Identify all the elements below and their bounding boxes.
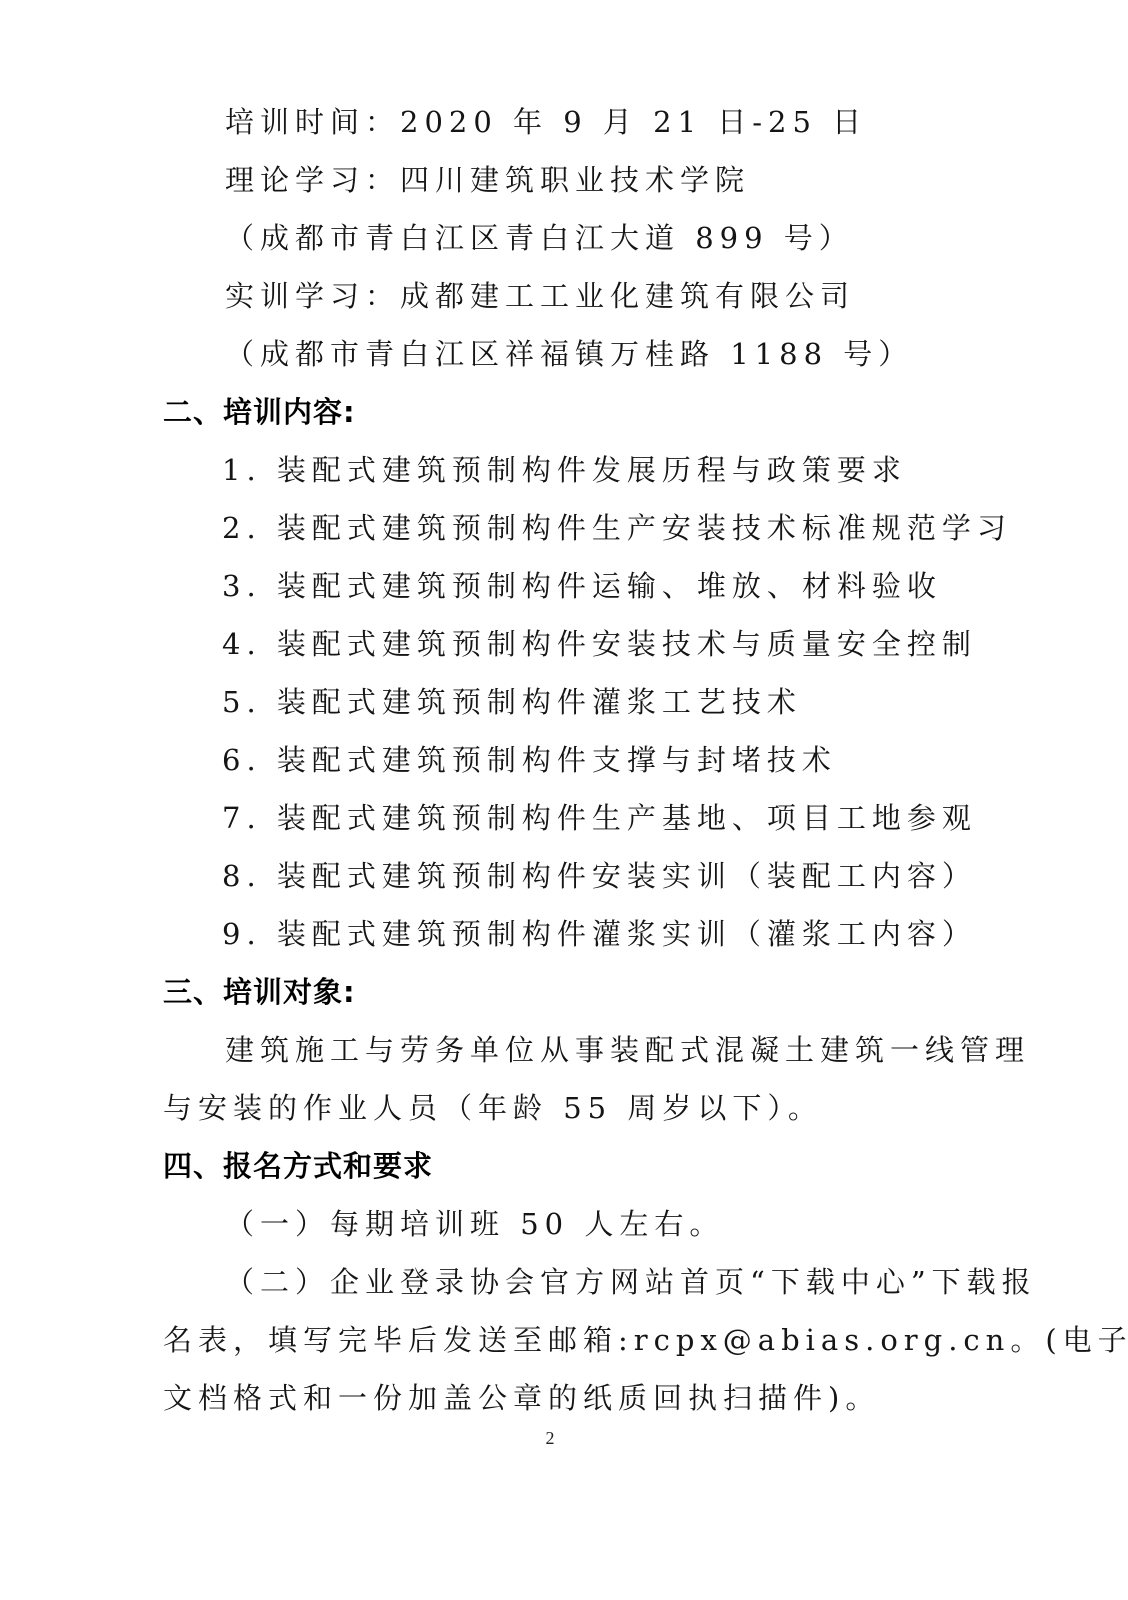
section-heading-registration: 四、报名方式和要求 (163, 1148, 433, 1184)
registration-requirement: （一）每期培训班 50 人左右。 (225, 1206, 724, 1242)
training-content-item: 3. 装配式建筑预制构件运输、堆放、材料验收 (222, 568, 942, 604)
practical-study-location: 实训学习：成都建工工业化建筑有限公司 (225, 278, 855, 314)
theory-study-location: 理论学习：四川建筑职业技术学院 (225, 162, 750, 198)
registration-requirement: （二）企业登录协会官方网站首页“下载中心”下载报 (225, 1264, 1037, 1300)
training-content-item: 5. 装配式建筑预制构件灌浆工艺技术 (222, 684, 802, 720)
training-content-item: 7. 装配式建筑预制构件生产基地、项目工地参观 (222, 800, 977, 836)
training-target-text: 与安装的作业人员（年龄 55 周岁以下）。 (163, 1090, 823, 1126)
training-content-item: 6. 装配式建筑预制构件支撑与封堵技术 (222, 742, 837, 778)
page-number: 2 (0, 1428, 1100, 1449)
practical-study-address: （成都市青白江区祥福镇万桂路 1188 号） (225, 336, 913, 372)
training-content-item: 4. 装配式建筑预制构件安装技术与质量安全控制 (222, 626, 977, 662)
registration-requirement: 文档格式和一份加盖公章的纸质回执扫描件)。 (163, 1380, 880, 1416)
training-target-text: 建筑施工与劳务单位从事装配式混凝土建筑一线管理 (225, 1032, 1030, 1068)
theory-study-address: （成都市青白江区青白江大道 899 号） (225, 220, 854, 256)
registration-requirement: 名表，填写完毕后发送至邮箱:rcpx@abias.org.cn。(电子 (163, 1322, 1128, 1358)
training-content-item: 9. 装配式建筑预制构件灌浆实训（灌浆工内容） (222, 916, 977, 952)
document-page: 培训时间：2020 年 9 月 21 日-25 日 理论学习：四川建筑职业技术学… (0, 0, 1128, 1600)
training-content-item: 2. 装配式建筑预制构件生产安装技术标准规范学习 (222, 510, 1012, 546)
training-time: 培训时间：2020 年 9 月 21 日-25 日 (225, 104, 867, 140)
section-heading-training-content: 二、培训内容: (163, 394, 356, 430)
training-content-item: 8. 装配式建筑预制构件安装实训（装配工内容） (222, 858, 977, 894)
section-heading-training-target: 三、培训对象: (163, 974, 356, 1010)
training-content-item: 1. 装配式建筑预制构件发展历程与政策要求 (222, 452, 907, 488)
